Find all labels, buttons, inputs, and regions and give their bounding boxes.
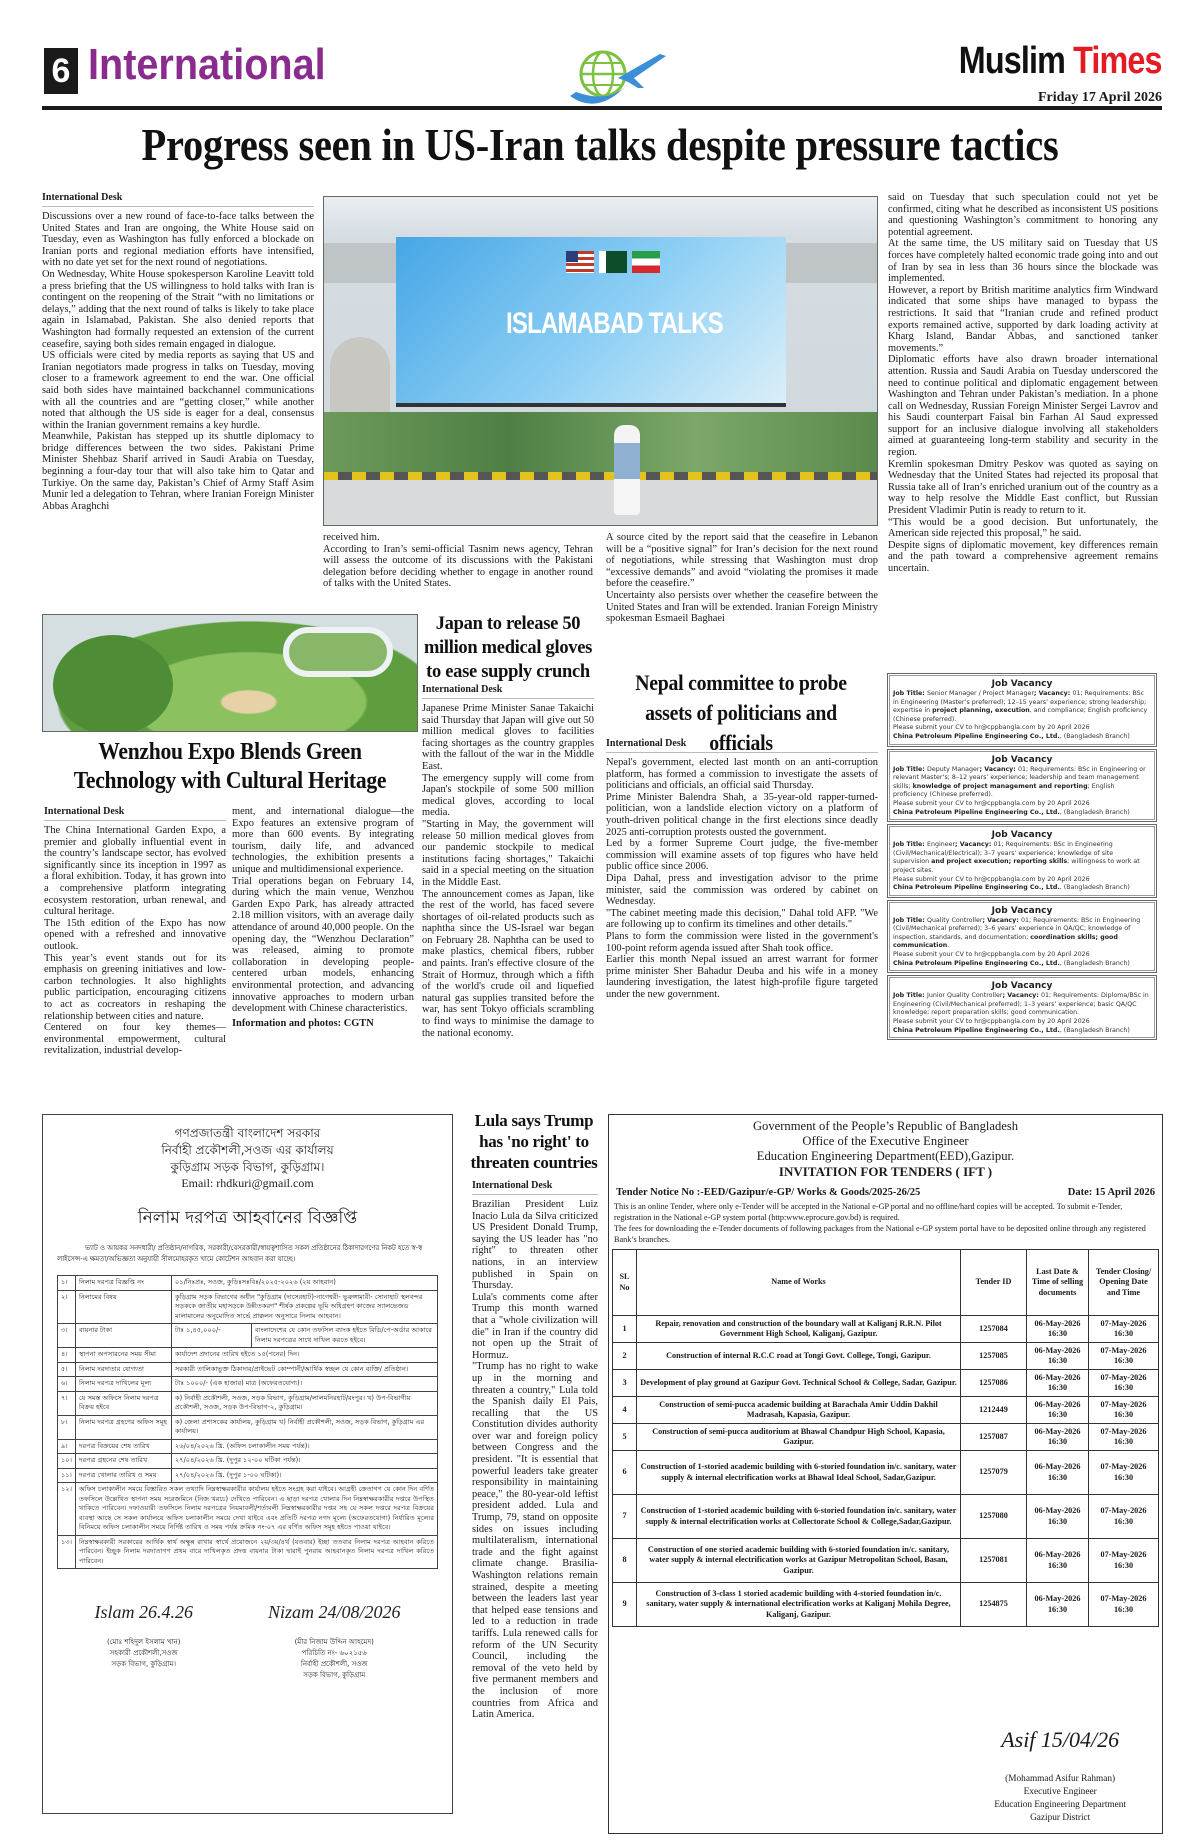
label: ; Vacancy: — [982, 917, 1021, 924]
row-value: টাঃ ১,৪৫,০০০/- — [172, 1324, 252, 1348]
paragraph: "Trump has no right to wake up in the mo… — [472, 1361, 598, 1720]
vacancy-count: 01 — [1021, 917, 1029, 924]
sl-no: 6 — [613, 1451, 637, 1495]
lead-column-4: said on Tuesday that such speculation co… — [888, 192, 1158, 575]
paragraph: Nepal's government, elected last month o… — [606, 757, 878, 792]
paragraph: Dipa Dahal, press and investigation advi… — [606, 873, 878, 908]
notice-intro: ভ্যাট ও আয়কর সনদধারী/ প্রতিষ্ঠান/নাগরিক… — [57, 1243, 438, 1265]
column-header: Tender Closing/ Opening Date and Time — [1089, 1250, 1159, 1316]
billboard: ISLAMABAD TALKS — [396, 237, 786, 407]
work-name: Repair, renovation and construction of t… — [637, 1316, 961, 1343]
company-name: China Petroleum Pipeline Engineering Co.… — [893, 960, 1060, 967]
signature-scribble: Asif 15/04/26 — [994, 1733, 1126, 1773]
selling-deadline: 06-May-2026 16:30 — [1027, 1451, 1089, 1495]
label: ; Vacancy: — [1003, 992, 1042, 999]
table-row: ১০।দরপত্র গ্রহনের শেষ তারিখ২৭/০৪/২০২৬ খ্… — [58, 1454, 438, 1469]
paragraph: Led by a former Supreme Court judge, the… — [606, 838, 878, 873]
tender-id: 1254875 — [961, 1583, 1027, 1627]
paragraph: Japanese Prime Minister Sanae Takaichi s… — [422, 703, 594, 773]
job-vacancy-ad: Job VacancyJob Title: Quality Controller… — [887, 900, 1157, 974]
submit-instructions: Please submit your CV to hr@cppbangla.co… — [893, 1018, 1151, 1027]
paragraph: Discussions over a new round of face-to-… — [42, 211, 314, 269]
label: Job Title: — [893, 690, 927, 697]
paragraph: This is an online Tender, where only e-T… — [614, 1201, 1157, 1223]
tender-id: 1257080 — [961, 1495, 1027, 1539]
sl-no: 8 — [613, 1539, 637, 1583]
section-title: International — [88, 40, 326, 90]
row-value: ২৭/০৪/২০২৬ খ্রি. (দুপুর ১২-০০ ঘটিকা পর্য… — [172, 1454, 438, 1469]
lead-column-3: A source cited by the report said that t… — [606, 532, 878, 625]
job-vacancy-ads: Job VacancyJob Title: Senior Manager / P… — [887, 673, 1157, 1042]
byline: International Desk — [42, 192, 314, 207]
row-number: ৯। — [58, 1439, 76, 1454]
selling-deadline: 06-May-2026 16:30 — [1027, 1424, 1089, 1451]
sl-no: 9 — [613, 1583, 637, 1627]
header-line: গণপ্রজাতন্ত্রী বাংলাদেশ সরকার — [57, 1125, 438, 1142]
lead-column-2: received him. According to Iran’s semi-o… — [323, 532, 593, 590]
job-ad-title: Job Vacancy — [893, 829, 1151, 841]
byline: International Desk — [422, 684, 594, 699]
notice-table: ১।নিলাম দরপত্র বিজ্ঞপ্তি নং০১/নিঃপ্রঃ, স… — [57, 1275, 438, 1569]
work-name: Development of play ground at Gazipur Go… — [637, 1370, 961, 1397]
row-number: ৪। — [58, 1348, 76, 1363]
issue-date: Friday 17 April 2026 — [1038, 90, 1162, 106]
label: Job Title: — [893, 766, 927, 773]
job-role: Senior Manager / Project Manager — [927, 690, 1034, 697]
paragraph: Diplomatic efforts have also drawn broad… — [888, 354, 1158, 458]
selling-deadline: 06-May-2026 16:30 — [1027, 1397, 1089, 1424]
job-ad-body: Job Title: Quality Controller; Vacancy: … — [893, 917, 1151, 951]
table-row: ৪।স্থাপনা অপসারনের সময় সীমাকার্যাদেশ প্… — [58, 1348, 438, 1363]
signatory-name: (Mohammad Asifur Rahman) — [994, 1773, 1126, 1786]
row-value: টাঃ ১০০০/- (এক হাজার) মাত্র (অফেরতযোগ্য)… — [172, 1377, 438, 1392]
paragraph: According to Iran’s semi-official Tasnim… — [323, 544, 593, 590]
company-line: China Petroleum Pipeline Engineering Co.… — [893, 884, 1151, 893]
paragraph: Plans to form the commission were listed… — [606, 931, 878, 954]
pavilion — [283, 627, 393, 677]
tender-id: 1212449 — [961, 1397, 1027, 1424]
signature-scribble: Nizam 24/08/2026 — [268, 1607, 401, 1637]
closing-date: 07-May-2026 16:30 — [1089, 1495, 1159, 1539]
paragraph: Lula's comments come after Trump this mo… — [472, 1292, 598, 1362]
row-label: নিলাম দরপত্র দাখিলের মূল্য — [76, 1377, 172, 1392]
row-label: বায়নার টাকা — [76, 1324, 172, 1348]
billboard-text: ISLAMABAD TALKS — [506, 307, 723, 341]
notice-header: গণপ্রজাতন্ত্রী বাংলাদেশ সরকার নির্বাহী প… — [57, 1125, 438, 1176]
job-ad-title: Job Vacancy — [893, 980, 1151, 992]
globe-airplane-icon — [548, 44, 688, 114]
signatory-id: পরিচিতি নং- ৬০২১৫৬ — [268, 1648, 401, 1659]
job-ad-body: Job Title: Junior Quality Controller; Va… — [893, 992, 1151, 1018]
row-label: দরপত্র বিক্রয়ের শেষ তারিখ — [76, 1439, 172, 1454]
branch: , (Bangladesh Branch) — [1060, 1027, 1130, 1034]
table-row: 1Repair, renovation and construction of … — [613, 1316, 1159, 1343]
selling-deadline: 06-May-2026 16:30 — [1027, 1495, 1089, 1539]
requirements-emphasis: project planning, execution — [932, 707, 1030, 714]
row-value: ক) নির্বাহী প্রকৌশলী, সওজ, সড়ক বিভাগ, ক… — [172, 1391, 438, 1415]
byline: International Desk — [472, 1180, 598, 1195]
tender-id: 1257084 — [961, 1316, 1027, 1343]
trees — [324, 412, 878, 472]
work-name: Construction of semi-pucca auditorium at… — [637, 1424, 961, 1451]
row-number: ৩। — [58, 1324, 76, 1348]
tender-notice: Government of the People’s Republic of B… — [608, 1114, 1163, 1834]
job-vacancy-ad: Job VacancyJob Title: Junior Quality Con… — [887, 975, 1157, 1040]
row-number: ৮। — [58, 1415, 76, 1439]
brand-logo: Muslim Times — [959, 40, 1162, 83]
wenzhou-column-1: International Desk The China Internation… — [44, 806, 226, 1057]
header-line: Office of the Executive Engineer — [612, 1134, 1159, 1149]
tender-id: 1257085 — [961, 1343, 1027, 1370]
sl-no: 7 — [613, 1495, 637, 1539]
paragraph: Earlier this month Nepal issued an arres… — [606, 954, 878, 1000]
lead-headline: Progress seen in US-Iran talks despite p… — [98, 118, 1101, 171]
lead-col1-text: Discussions over a new round of face-to-… — [42, 211, 314, 512]
sl-no: 3 — [613, 1370, 637, 1397]
paragraph: US officials were cited by media reports… — [42, 350, 314, 431]
row-label: দরপত্র গ্রহনের শেষ তারিখ — [76, 1454, 172, 1469]
paragraph: A source cited by the report said that t… — [606, 532, 878, 590]
paragraph: However, a report by British maritime an… — [888, 285, 1158, 355]
tree — [53, 635, 173, 732]
job-vacancy-ad: Job VacancyJob Title: Engineer; Vacancy:… — [887, 824, 1157, 898]
brand-word-muslim: Muslim — [959, 40, 1065, 82]
table-row: ২।নিলামের বিষয়কুড়িগ্রাম সড়ক বিভাগের অ… — [58, 1290, 438, 1324]
company-line: China Petroleum Pipeline Engineering Co.… — [893, 960, 1151, 969]
table-row: 4Construction of semi-pucca academic bui… — [613, 1397, 1159, 1424]
table-row: 5Construction of semi-pucca auditorium a… — [613, 1424, 1159, 1451]
work-name: Construction of internal R.C.C road at T… — [637, 1343, 961, 1370]
signature-scribble: Islam 26.4.26 — [94, 1607, 193, 1637]
submit-instructions: Please submit your CV to hr@cppbangla.co… — [893, 876, 1151, 885]
row-label: স্থাপনা অপসারনের সময় সীমা — [76, 1348, 172, 1363]
requirements-emphasis: and project execution; reporting skills — [931, 858, 1067, 865]
closing-date: 07-May-2026 16:30 — [1089, 1397, 1159, 1424]
selling-deadline: 06-May-2026 16:30 — [1027, 1316, 1089, 1343]
row-label: নিলাম দরপত্র গ্রহণের অফিস সমূহ — [76, 1415, 172, 1439]
tender-title: INVITATION FOR TENDERS ( IFT ) — [612, 1164, 1159, 1179]
table-row: ৩।বায়নার টাকাটাঃ ১,৪৫,০০০/-বাংলাদেশের য… — [58, 1324, 438, 1348]
paragraph: This year’s event stands out for its emp… — [44, 953, 226, 1023]
column-header: Last Date & Time of selling documents — [1027, 1250, 1089, 1316]
signatory-title: Executive Engineer — [994, 1786, 1126, 1799]
header-line: Education Engineering Department(EED),Ga… — [612, 1149, 1159, 1164]
table-row: ৯।দরপত্র বিক্রয়ের শেষ তারিখ২৬/০৪/২০২৬ খ… — [58, 1439, 438, 1454]
job-vacancy-ad: Job VacancyJob Title: Senior Manager / P… — [887, 673, 1157, 747]
company-name: China Petroleum Pipeline Engineering Co.… — [893, 733, 1060, 740]
row-number: ৫। — [58, 1362, 76, 1377]
tender-notice-number: Tender Notice No :-EED/Gazipur/e-GP/ Wor… — [616, 1187, 920, 1198]
row-value: বাংলাদেশের যে কোন তফসিল ব্যাংক হইতে বিডি… — [252, 1324, 438, 1348]
table-row: ১৩।নিম্নস্বাক্ষরকারী সরকারের আর্থিক স্বা… — [58, 1535, 438, 1569]
work-name: Construction of 1-storied academic build… — [637, 1495, 961, 1539]
sl-no: 1 — [613, 1316, 637, 1343]
paragraph: At the same time, the US military said o… — [888, 238, 1158, 284]
table-row: ১২।অফিস চলাকালীন সময়ে বিস্তারিত সকল তথ্… — [58, 1483, 438, 1536]
signatory-name: (মোঃ শহিদুল ইসলাম খান) — [94, 1637, 193, 1648]
company-line: China Petroleum Pipeline Engineering Co.… — [893, 733, 1151, 742]
byline: International Desk — [44, 806, 226, 821]
signatory-department: Education Engineering Department — [994, 1799, 1126, 1812]
table-row: 6Construction of 1-storied academic buil… — [613, 1451, 1159, 1495]
closing-date: 07-May-2026 16:30 — [1089, 1583, 1159, 1627]
header-line: কুড়িগ্রাম সড়ক বিভাগ, কুড়িগ্রাম। — [57, 1159, 438, 1176]
submit-instructions: Please submit your CV to hr@cppbangla.co… — [893, 800, 1151, 809]
row-label: নিলামের বিষয় — [76, 1290, 172, 1324]
japan-headline: Japan to release 50 million medical glov… — [422, 612, 594, 684]
road-curb — [324, 472, 878, 480]
job-role: Junior Quality Controller — [927, 992, 1003, 999]
islamabad-talks-photo: ISLAMABAD TALKS — [323, 196, 878, 526]
job-ad-body: Job Title: Deputy Manager; Vacancy: 01; … — [893, 766, 1151, 800]
lula-headline: Lula says Trump has 'no right' to threat… — [470, 1110, 598, 1173]
job-ad-title: Job Vacancy — [893, 754, 1151, 766]
tender-header: Government of the People’s Republic of B… — [612, 1119, 1159, 1179]
tender-id: 1257087 — [961, 1424, 1027, 1451]
pakistan-flag-icon — [599, 251, 627, 273]
label: Job Title: — [893, 917, 927, 924]
row-number: ১০। — [58, 1454, 76, 1469]
paragraph: Brazilian President Luiz Inacio Lula da … — [472, 1199, 598, 1292]
wenzhou-expo-photo — [42, 614, 418, 732]
row-label: নিলাম দরদাতার যোগ্যতা — [76, 1362, 172, 1377]
row-number: ১১। — [58, 1468, 76, 1483]
pedestrian — [614, 425, 640, 515]
paragraph: Prime Minister Balendra Shah, a 35-year-… — [606, 792, 878, 838]
closing-date: 07-May-2026 16:30 — [1089, 1316, 1159, 1343]
tender-signature: Asif 15/04/26 (Mohammad Asifur Rahman) E… — [994, 1733, 1126, 1825]
submit-instructions: Please submit your CV to hr@cppbangla.co… — [893, 724, 1151, 733]
job-role: Quality Controller — [927, 917, 982, 924]
row-value: ক) জেলা প্রশাসকের কার্যালয়, কুড়িগ্রাম … — [172, 1415, 438, 1439]
masthead-rule — [42, 106, 1162, 110]
paragraph: Trial operations began on February 14, d… — [232, 876, 414, 1015]
column-header: Tender ID — [961, 1250, 1027, 1316]
column-header: SL No — [613, 1250, 637, 1316]
selling-deadline: 06-May-2026 16:30 — [1027, 1370, 1089, 1397]
selling-deadline: 06-May-2026 16:30 — [1027, 1539, 1089, 1583]
table-row: 8Construction of one storied academic bu… — [613, 1539, 1159, 1583]
table-row: ১।নিলাম দরপত্র বিজ্ঞপ্তি নং০১/নিঃপ্রঃ, স… — [58, 1276, 438, 1291]
branch: , (Bangladesh Branch) — [1060, 884, 1130, 891]
job-ad-title: Job Vacancy — [893, 678, 1151, 690]
notice-email: Email: rhdkuri@gmail.com — [57, 1176, 438, 1191]
paragraph: The China International Garden Expo, a p… — [44, 825, 226, 918]
signatory-title: নির্বাহী প্রকৌশলী, সওজ — [268, 1659, 401, 1670]
header-line: Government of the People’s Republic of B… — [612, 1119, 1159, 1134]
wenzhou-headline: Wenzhou Expo Blends Green Technology wit… — [61, 738, 399, 796]
signatory-district: Gazipur District — [994, 1812, 1126, 1825]
label: Job Title: — [893, 841, 927, 848]
table-row: ৭।যে সমস্ত অফিসে নিলাম দরপত্র বিক্রয় হই… — [58, 1391, 438, 1415]
paragraph: Centered on four key themes—environmenta… — [44, 1022, 226, 1057]
table-row: 2Construction of internal R.C.C road at … — [613, 1343, 1159, 1370]
branch: , (Bangladesh Branch) — [1060, 960, 1130, 967]
signatory-office: সড়ক বিভাগ, কুড়িগ্রাম। — [94, 1659, 193, 1670]
row-value: ২৭/০৪/২০২৬ খ্রি. (দুপুর ১-০০ ঘটিকা)। — [172, 1468, 438, 1483]
row-number: ৬। — [58, 1377, 76, 1392]
row-value: ০১/নিঃপ্রঃ, সওজ, কুড়িঃসঃবিঃ/২০২৫-২০২৬ (… — [172, 1276, 438, 1291]
paragraph: The fees for downloading the e-Tender do… — [614, 1223, 1157, 1245]
label: Job Title: — [893, 992, 927, 999]
row-value: ২৬/০৪/২০২৬ খ্রি. (অফিস চলাকালীন সময় পর্… — [172, 1439, 438, 1454]
paragraph: received him. — [323, 532, 593, 544]
tender-notice-line: Tender Notice No :-EED/Gazipur/e-GP/ Wor… — [616, 1187, 1155, 1198]
label: ; Vacancy: — [980, 766, 1019, 773]
label: ; Vacancy: — [955, 841, 994, 848]
wenzhou-column-2: ment, and international dialogue—the Exp… — [232, 806, 414, 1029]
vacancy-count: 01 — [994, 841, 1002, 848]
table-row: 7Construction of 1-storied academic buil… — [613, 1495, 1159, 1539]
sl-no: 2 — [613, 1343, 637, 1370]
row-value: কুড়িগ্রাম সড়ক বিভাগের অধীন "কুড়িগ্রাম… — [172, 1290, 438, 1324]
requirements: . — [947, 942, 949, 949]
row-label: নিলাম দরপত্র বিজ্ঞপ্তি নং — [76, 1276, 172, 1291]
vacancy-count: 01 — [1018, 766, 1026, 773]
paragraph: The 15th edition of the Expo has now ope… — [44, 918, 226, 953]
closing-date: 07-May-2026 16:30 — [1089, 1451, 1159, 1495]
table-row: ৫।নিলাম দরদাতার যোগ্যতাসরকারী তালিকাভুক্… — [58, 1362, 438, 1377]
table-row: ১১।দরপত্র খোলার তারিখ ও সময়২৭/০৪/২০২৬ খ… — [58, 1468, 438, 1483]
signatory-title: সহকারী প্রকৌশলী,সওজ — [94, 1648, 193, 1659]
row-text: নিম্নস্বাক্ষরকারী সরকারের আর্থিক স্বার্থ… — [76, 1535, 438, 1569]
photo-credit: Information and photos: CGTN — [232, 1018, 414, 1030]
notice-signatures: Islam 26.4.26 (মোঃ শহিদুল ইসলাম খান) সহক… — [57, 1607, 438, 1681]
row-value: সরকারী তালিকাভুক্ত ঠিকাদার/প্রাইভেট কোম্… — [172, 1362, 438, 1377]
paragraph: said on Tuesday that such speculation co… — [888, 192, 1158, 238]
table-row: ৮।নিলাম দরপত্র গ্রহণের অফিস সমূহক) জেলা … — [58, 1415, 438, 1439]
paragraph: "The cabinet meeting made this decision,… — [606, 908, 878, 931]
job-ad-body: Job Title: Engineer; Vacancy: 01; Requir… — [893, 841, 1151, 875]
paragraph: “This would be a good decision. But unfo… — [888, 517, 1158, 540]
row-text: অফিস চলাকালীন সময়ে বিস্তারিত সকল তথ্যাদ… — [76, 1483, 438, 1536]
page-number: 6 — [44, 48, 78, 94]
signature-right: Nizam 24/08/2026 (মীর নিজাম উদ্দিন আহমেদ… — [268, 1607, 401, 1681]
paragraph: The emergency supply will come from Japa… — [422, 773, 594, 819]
requirements-emphasis: knowledge of project management and repo… — [913, 783, 1088, 790]
vacancy-count: 01 — [1041, 992, 1049, 999]
company-name: China Petroleum Pipeline Engineering Co.… — [893, 884, 1060, 891]
tender-id: 1257081 — [961, 1539, 1027, 1583]
work-name: Construction of one storied academic bui… — [637, 1539, 961, 1583]
branch: , (Bangladesh Branch) — [1060, 809, 1130, 816]
company-line: China Petroleum Pipeline Engineering Co.… — [893, 809, 1151, 818]
selling-deadline: 06-May-2026 16:30 — [1027, 1343, 1089, 1370]
us-flag-icon — [566, 251, 594, 273]
job-role: Deputy Manager — [927, 766, 980, 773]
table-row: 9Construction of 3-class 1 storied acade… — [613, 1583, 1159, 1627]
table-row: ৬।নিলাম দরপত্র দাখিলের মূল্যটাঃ ১০০০/- (… — [58, 1377, 438, 1392]
branch: , (Bangladesh Branch) — [1060, 733, 1130, 740]
sl-no: 4 — [613, 1397, 637, 1424]
paragraph: The announcement comes as Japan, like th… — [422, 889, 594, 1040]
signatory-name: (মীর নিজাম উদ্দিন আহমেদ) — [268, 1637, 401, 1648]
closing-date: 07-May-2026 16:30 — [1089, 1343, 1159, 1370]
tender-date: Date: 15 April 2026 — [1068, 1187, 1155, 1198]
tender-id: 1257079 — [961, 1451, 1027, 1495]
submit-instructions: Please submit your CV to hr@cppbangla.co… — [893, 951, 1151, 960]
job-ad-title: Job Vacancy — [893, 905, 1151, 917]
job-ad-body: Job Title: Senior Manager / Project Mana… — [893, 690, 1151, 724]
row-label: দরপত্র খোলার তারিখ ও সময় — [76, 1468, 172, 1483]
paragraph: On Wednesday, White House spokesperson K… — [42, 269, 314, 350]
work-name: Construction of 1-storied academic build… — [637, 1451, 961, 1495]
nepal-article: International Desk Nepal's government, e… — [606, 738, 878, 1000]
road — [324, 480, 878, 526]
tender-id: 1257086 — [961, 1370, 1027, 1397]
paragraph: Despite signs of diplomatic movement, ke… — [888, 540, 1158, 575]
signature-left: Islam 26.4.26 (মোঃ শহিদুল ইসলাম খান) সহক… — [94, 1607, 193, 1681]
closing-date: 07-May-2026 16:30 — [1089, 1370, 1159, 1397]
work-name: Construction of semi-pucca academic buil… — [637, 1397, 961, 1424]
row-label: যে সমস্ত অফিসে নিলাম দরপত্র বিক্রয় হইবে — [76, 1391, 172, 1415]
row-value: কার্যাদেশ প্রদানের তারিখ হইতে ১৫(পনের) দ… — [172, 1348, 438, 1363]
row-number: ১। — [58, 1276, 76, 1291]
tender-intro: This is an online Tender, where only e-T… — [614, 1201, 1157, 1245]
row-number: ২। — [58, 1290, 76, 1324]
label: ; Vacancy: — [1034, 690, 1073, 697]
paragraph: Meanwhile, Pakistan has stepped up its s… — [42, 431, 314, 512]
paragraph: ment, and international dialogue—the Exp… — [232, 806, 414, 876]
paragraph: Kremlin spokesman Dmitry Peskov was quot… — [888, 459, 1158, 517]
row-number: ১৩। — [58, 1535, 76, 1569]
sl-no: 5 — [613, 1424, 637, 1451]
paragraph: "Starting in May, the government will re… — [422, 819, 594, 889]
row-number: ৭। — [58, 1391, 76, 1415]
notice-title: নিলাম দরপত্র আহবানের বিজ্ঞপ্তি — [57, 1205, 438, 1233]
row-number: ১২। — [58, 1483, 76, 1536]
bangla-auction-notice: গণপ্রজাতন্ত্রী বাংলাদেশ সরকার নির্বাহী প… — [42, 1114, 453, 1814]
tender-table: SL No Name of Works Tender ID Last Date … — [612, 1249, 1159, 1627]
table-row: 3Development of play ground at Gazipur G… — [613, 1370, 1159, 1397]
company-name: China Petroleum Pipeline Engineering Co.… — [893, 809, 1060, 816]
company-name: China Petroleum Pipeline Engineering Co.… — [893, 1027, 1060, 1034]
job-vacancy-ad: Job VacancyJob Title: Deputy Manager; Va… — [887, 749, 1157, 823]
selling-deadline: 06-May-2026 16:30 — [1027, 1583, 1089, 1627]
paragraph: Uncertainty also persists over whether t… — [606, 590, 878, 625]
brand-word-times: Times — [1073, 40, 1162, 82]
job-role: Engineer — [927, 841, 955, 848]
iran-flag-icon — [632, 251, 660, 273]
signatory-office: সড়ক বিভাগ, কুড়িগ্রাম — [268, 1670, 401, 1681]
lead-column-1: International Desk Discussions over a ne… — [42, 192, 314, 512]
japan-article: International Desk Japanese Prime Minist… — [422, 684, 594, 1039]
company-line: China Petroleum Pipeline Engineering Co.… — [893, 1027, 1151, 1036]
work-name: Construction of 3-class 1 storied academ… — [637, 1583, 961, 1627]
column-header: Name of Works — [637, 1250, 961, 1316]
header-line: নির্বাহী প্রকৌশলী,সওজ এর কার্যালয় — [57, 1142, 438, 1159]
closing-date: 07-May-2026 16:30 — [1089, 1539, 1159, 1583]
lula-article: International Desk Brazilian President L… — [472, 1180, 598, 1721]
byline: International Desk — [606, 738, 878, 753]
table-header-row: SL No Name of Works Tender ID Last Date … — [613, 1250, 1159, 1316]
closing-date: 07-May-2026 16:30 — [1089, 1424, 1159, 1451]
